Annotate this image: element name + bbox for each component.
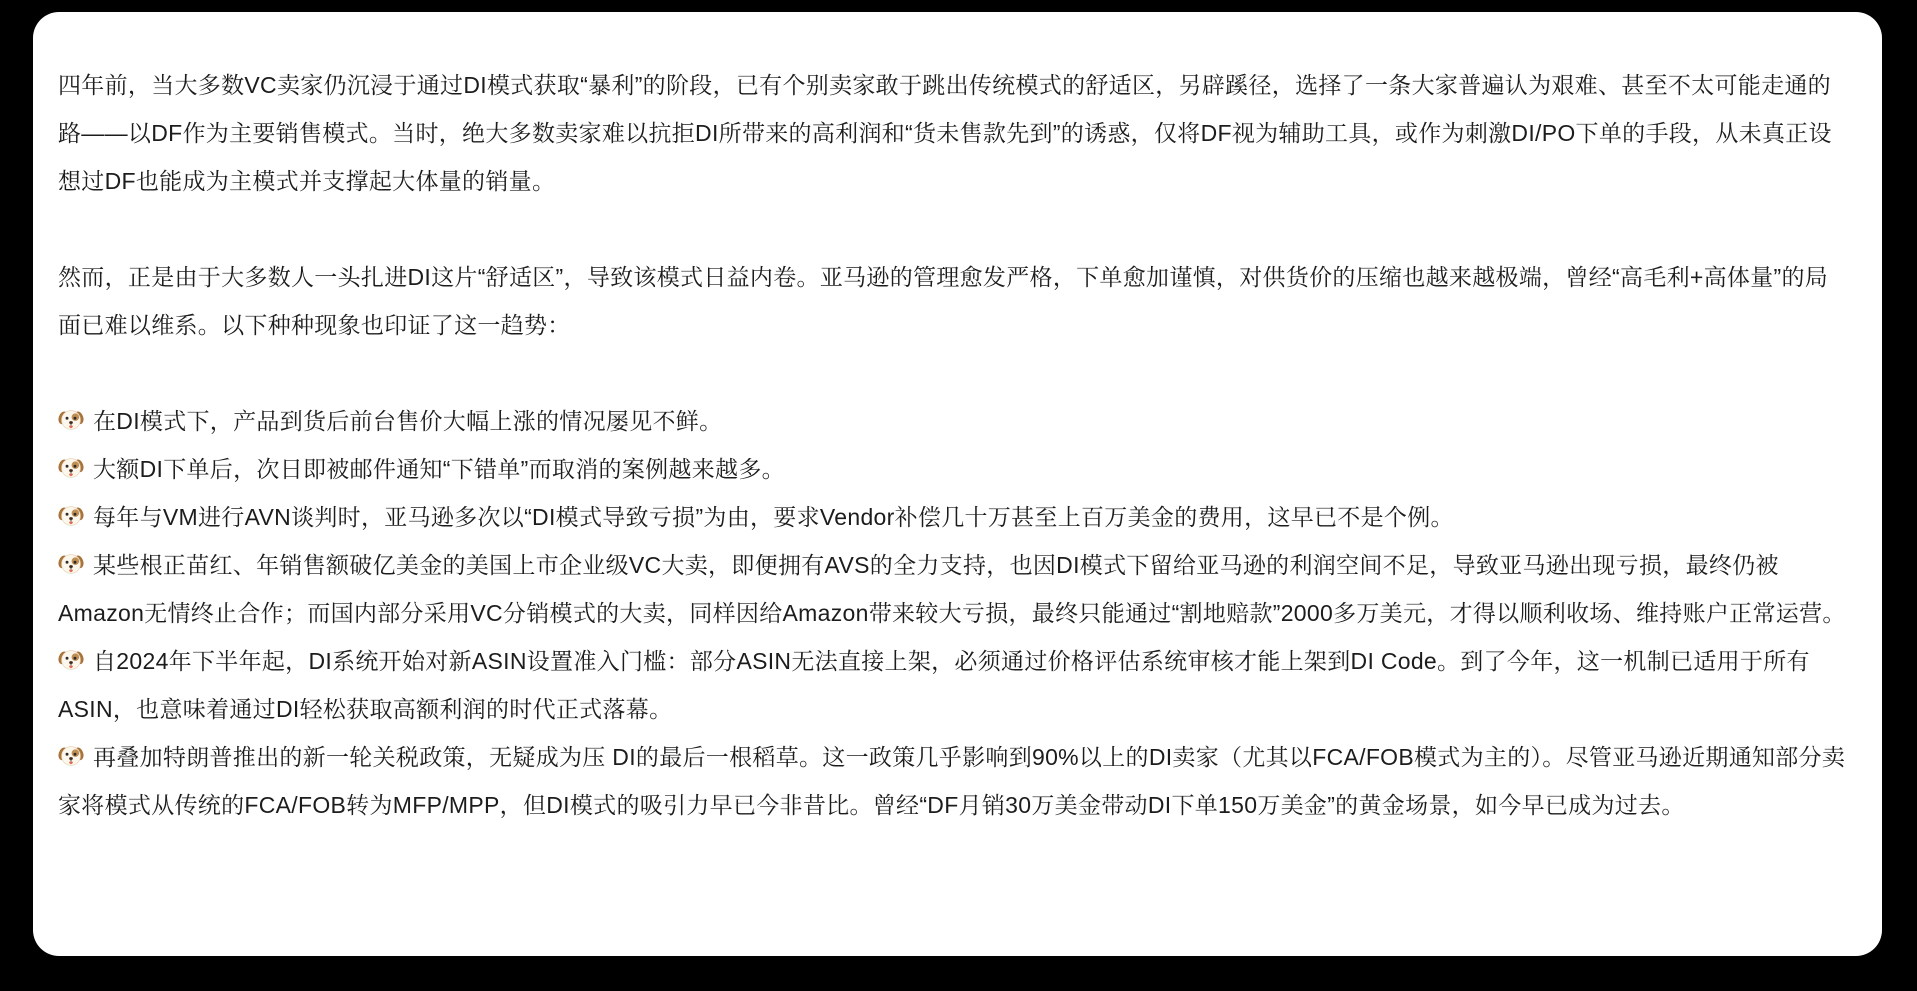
dog-face-emoji	[58, 551, 84, 577]
list-item: 自2024年下半年起，DI系统开始对新ASIN设置准入门槛：部分ASIN无法直接…	[58, 637, 1846, 733]
paragraph-trend: 然而，正是由于大多数人一头扎进DI这片“舒适区”，导致该模式日益内卷。亚马逊的管…	[58, 253, 1846, 349]
paragraph-intro: 四年前，当大多数VC卖家仍沉浸于通过DI模式获取“暴利”的阶段，已有个别卖家敢于…	[58, 61, 1846, 205]
list-item: 每年与VM进行AVN谈判时，亚马逊多次以“DI模式导致亏损”为由，要求Vendo…	[58, 493, 1846, 541]
list-item-text: 再叠加特朗普推出的新一轮关税政策，无疑成为压 DI的最后一根稻草。这一政策几乎影…	[58, 744, 1845, 818]
list-item: 再叠加特朗普推出的新一轮关税政策，无疑成为压 DI的最后一根稻草。这一政策几乎影…	[58, 733, 1846, 829]
list-item-text: 某些根正苗红、年销售额破亿美金的美国上市企业级VC大卖，即便拥有AVS的全力支持…	[58, 552, 1846, 626]
list-item-text: 在DI模式下，产品到货后前台售价大幅上涨的情况屡见不鲜。	[93, 408, 722, 434]
list-item: 某些根正苗红、年销售额破亿美金的美国上市企业级VC大卖，即便拥有AVS的全力支持…	[58, 541, 1846, 637]
list-item: 在DI模式下，产品到货后前台售价大幅上涨的情况屡见不鲜。	[58, 397, 1846, 445]
dog-face-emoji	[58, 455, 84, 481]
dog-face-emoji	[58, 647, 84, 673]
list-item-text: 自2024年下半年起，DI系统开始对新ASIN设置准入门槛：部分ASIN无法直接…	[58, 648, 1810, 722]
article-card: 四年前，当大多数VC卖家仍沉浸于通过DI模式获取“暴利”的阶段，已有个别卖家敢于…	[33, 12, 1882, 956]
dog-face-emoji	[58, 503, 84, 529]
article-content: 四年前，当大多数VC卖家仍沉浸于通过DI模式获取“暴利”的阶段，已有个别卖家敢于…	[33, 12, 1882, 829]
list-item-text: 每年与VM进行AVN谈判时，亚马逊多次以“DI模式导致亏损”为由，要求Vendo…	[93, 504, 1454, 530]
dog-face-emoji	[58, 407, 84, 433]
list-item: 大额DI下单后，次日即被邮件通知“下错单”而取消的案例越来越多。	[58, 445, 1846, 493]
list-item-text: 大额DI下单后，次日即被邮件通知“下错单”而取消的案例越来越多。	[93, 456, 785, 482]
dog-face-emoji	[58, 743, 84, 769]
